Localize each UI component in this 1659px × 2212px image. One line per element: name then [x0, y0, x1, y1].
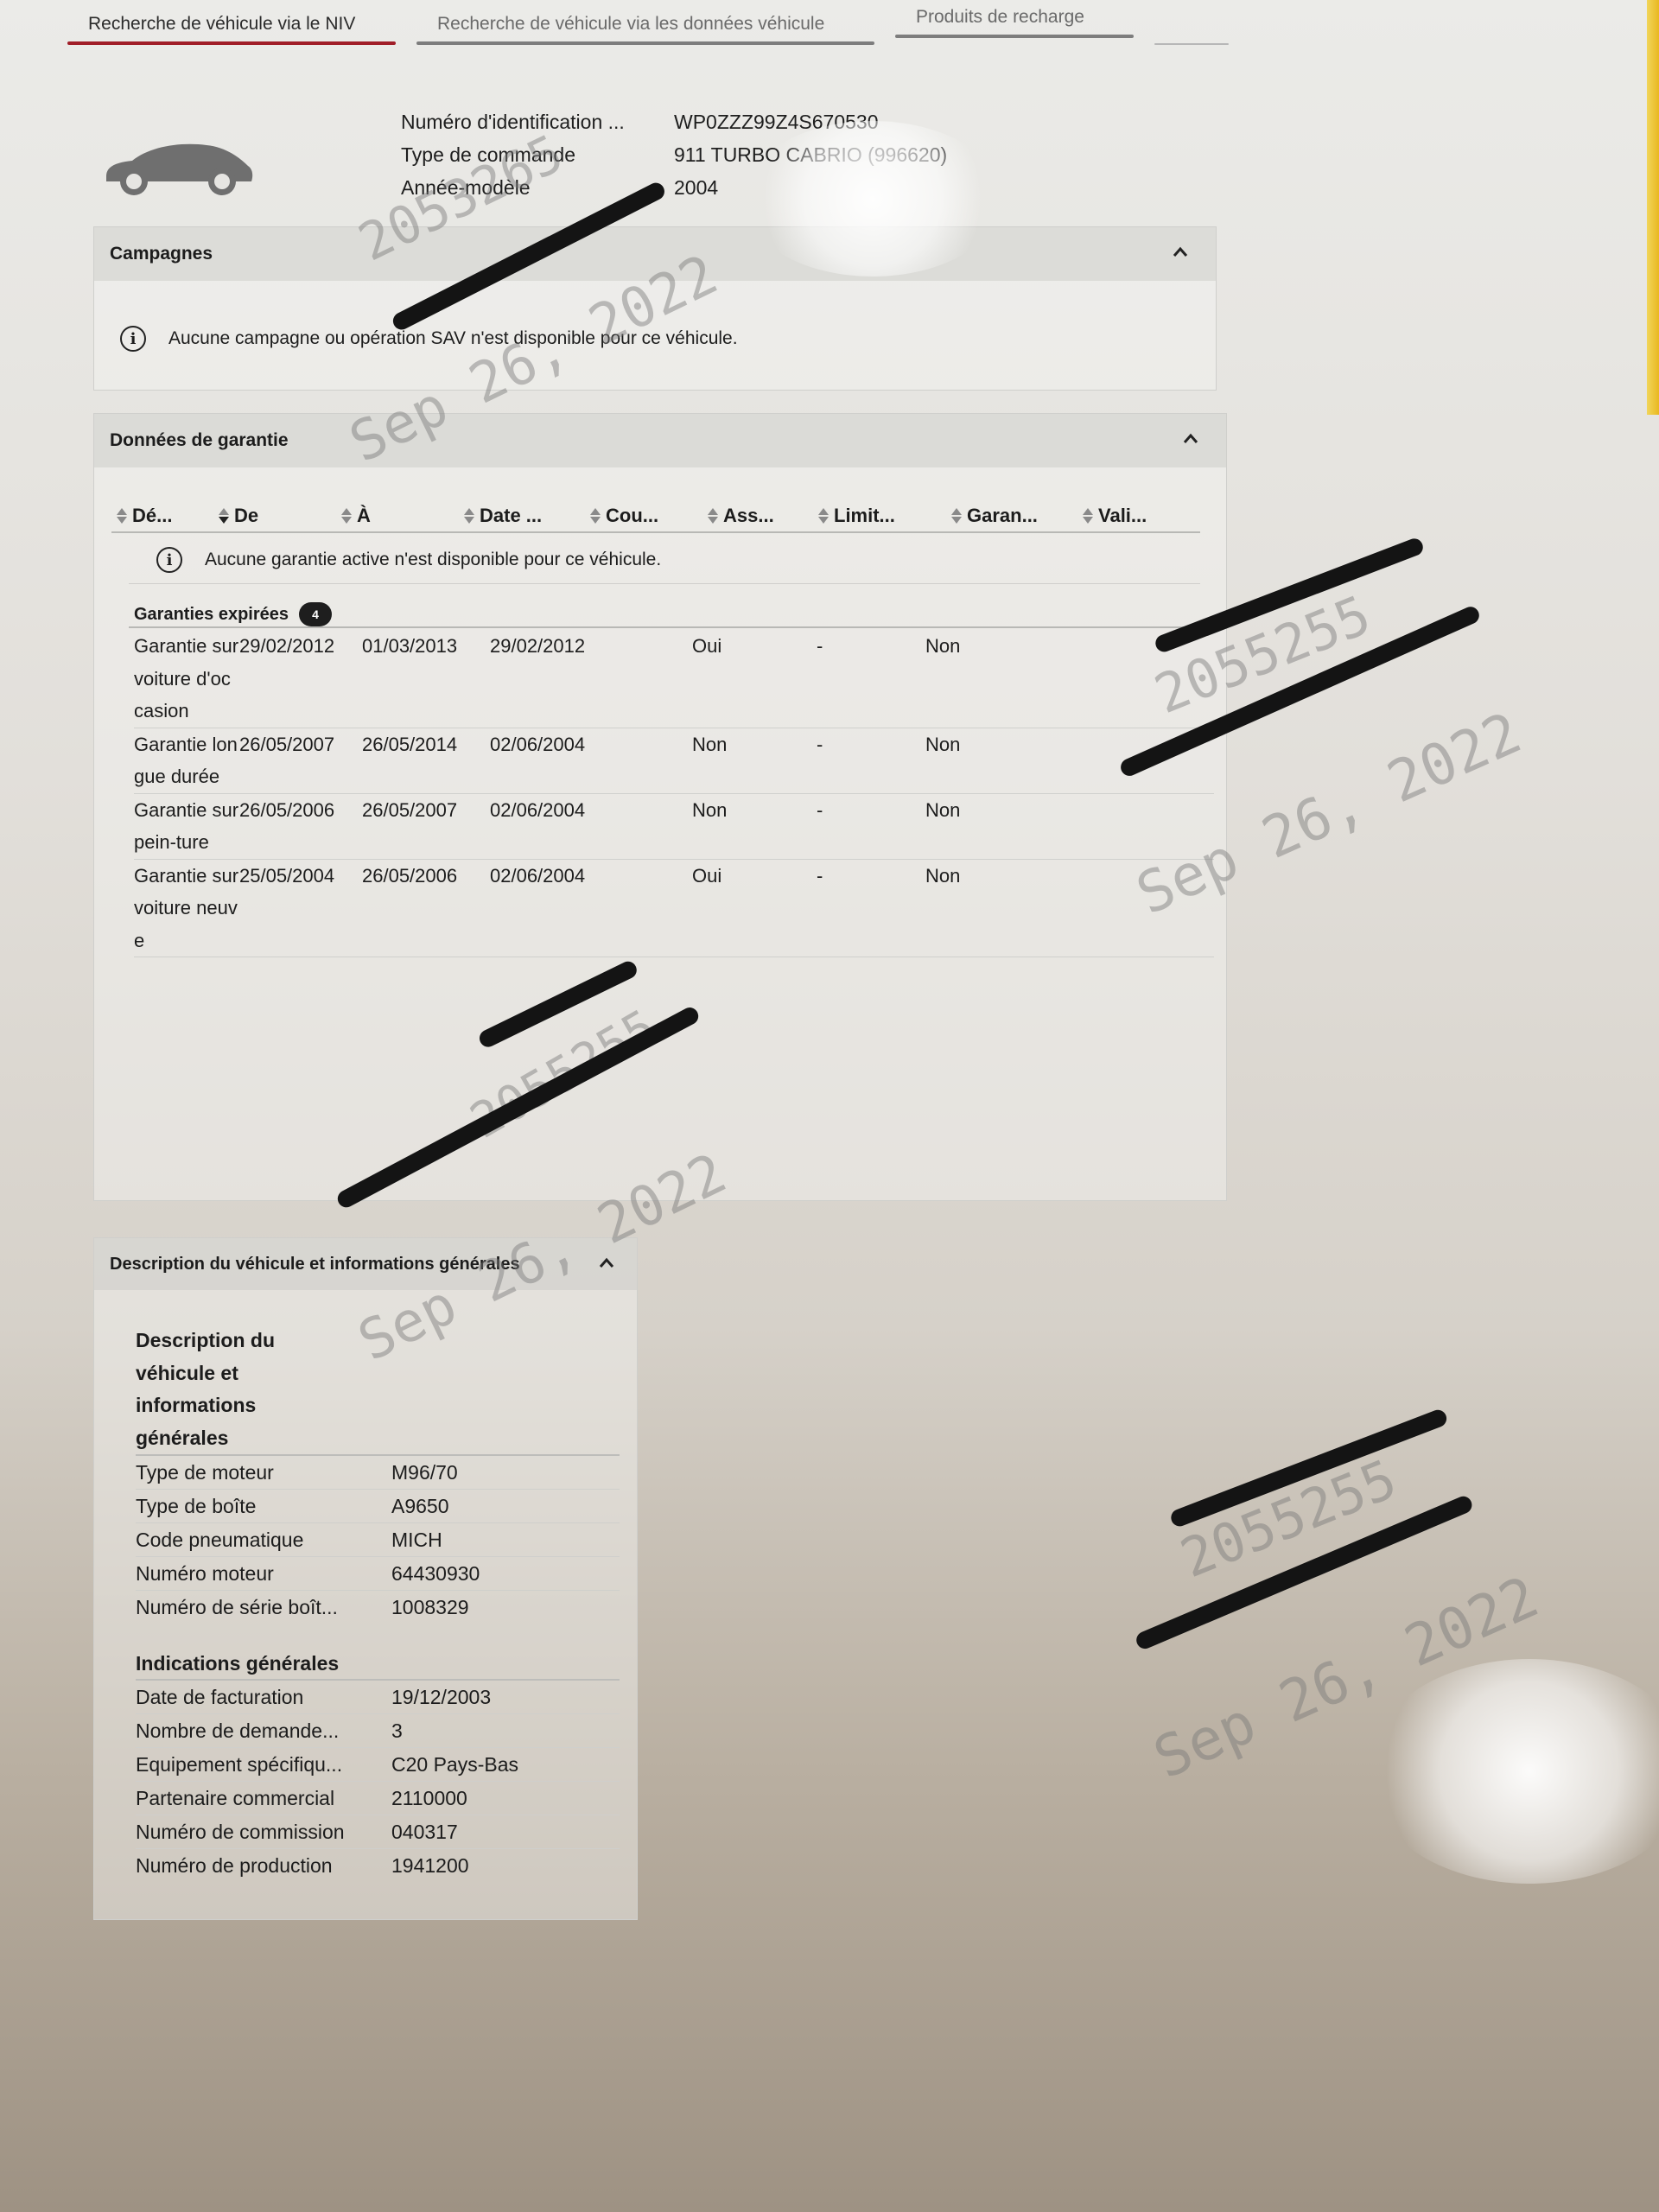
divider	[129, 626, 1200, 628]
column-label: Ass...	[723, 505, 774, 527]
tab-charging-products[interactable]: Produits de recharge	[895, 0, 1134, 38]
description-section-title: Description du véhicule et informations …	[136, 1325, 291, 1454]
cell-cou	[618, 860, 692, 957]
cell-description: Garantie sur voiture neuve	[134, 860, 239, 957]
cell-limit: -	[808, 860, 925, 957]
info-row: Numéro de commission040317	[136, 1815, 620, 1849]
cell-garan: Non	[925, 794, 1055, 859]
column-header-cou[interactable]: Cou...	[590, 500, 708, 531]
cell-date: 02/06/2004	[490, 860, 618, 957]
info-row: Partenaire commercial2110000	[136, 1782, 620, 1815]
info-label: Numéro de commission	[136, 1815, 391, 1848]
sort-desc-icon	[219, 507, 229, 524]
cell-date: 02/06/2004	[490, 728, 618, 793]
sort-icon	[341, 507, 352, 524]
info-value: 3	[391, 1714, 403, 1747]
table-row: Garantie sur voiture neuve25/05/200426/0…	[134, 860, 1214, 958]
info-label: Numéro de série boît...	[136, 1591, 391, 1624]
cell-ass: Non	[692, 728, 808, 793]
info-row: Numéro moteur64430930	[136, 1557, 620, 1591]
info-value: 2110000	[391, 1782, 467, 1815]
no-active-warranty-text: Aucune garantie active n'est disponible …	[205, 550, 661, 570]
warranty-header[interactable]: Données de garantie	[94, 414, 1226, 467]
light-glare	[1365, 1659, 1659, 1884]
cell-from: 26/05/2006	[239, 794, 362, 859]
cell-description: Garantie sur voiture d'occasion	[134, 630, 239, 728]
info-label: Partenaire commercial	[136, 1782, 391, 1815]
column-header-ass[interactable]: Ass...	[708, 500, 818, 531]
info-label: Type de boîte	[136, 1490, 391, 1522]
cell-description: Garantie sur pein-ture	[134, 794, 239, 859]
sort-icon	[464, 507, 474, 524]
cell-from: 26/05/2007	[239, 728, 362, 793]
info-value: C20 Pays-Bas	[391, 1748, 518, 1781]
no-active-warranty-message: i Aucune garantie active n'est disponibl…	[156, 547, 661, 573]
column-label: Vali...	[1098, 505, 1147, 527]
info-value: M96/70	[391, 1456, 458, 1489]
info-label: Nombre de demande...	[136, 1714, 391, 1747]
info-icon: i	[120, 326, 146, 352]
warranty-table-header: Dé... De À Date ... Cou... Ass... Limit.…	[111, 500, 1200, 533]
column-header-vali[interactable]: Vali...	[1083, 500, 1186, 531]
table-row: Garantie sur pein-ture26/05/200626/05/20…	[134, 794, 1214, 860]
cell-ass: Oui	[692, 860, 808, 957]
warranty-panel: Données de garantie Dé... De À Date ... …	[93, 413, 1227, 1201]
column-header-description[interactable]: Dé...	[111, 500, 219, 531]
info-icon: i	[156, 547, 182, 573]
column-label: Dé...	[132, 505, 172, 527]
general-section-title: Indications générales	[136, 1648, 620, 1679]
tab-vehicle-data-search[interactable]: Recherche de véhicule via les données vé…	[416, 0, 874, 45]
column-header-limit[interactable]: Limit...	[818, 500, 951, 531]
cell-date: 02/06/2004	[490, 794, 618, 859]
info-label: Numéro de production	[136, 1849, 391, 1882]
info-row: Date de facturation19/12/2003	[136, 1681, 620, 1714]
tab-overflow[interactable]	[1154, 0, 1229, 45]
table-row: Garantie sur voiture d'occasion29/02/201…	[134, 630, 1214, 728]
model-year-value: 2004	[674, 176, 718, 200]
info-label: Equipement spécifiqu...	[136, 1748, 391, 1781]
info-row: Nombre de demande...3	[136, 1714, 620, 1748]
info-value: A9650	[391, 1490, 449, 1522]
sort-icon	[117, 507, 127, 524]
info-row: Type de boîteA9650	[136, 1490, 620, 1523]
info-label: Type de moteur	[136, 1456, 391, 1489]
cell-limit: -	[808, 728, 925, 793]
info-label: Numéro moteur	[136, 1557, 391, 1590]
info-label: Code pneumatique	[136, 1523, 391, 1556]
sort-icon	[590, 507, 601, 524]
info-row: Numéro de série boît...1008329	[136, 1591, 620, 1624]
cell-garan: Non	[925, 728, 1055, 793]
cell-from: 29/02/2012	[239, 630, 362, 728]
column-header-to[interactable]: À	[341, 500, 464, 531]
tab-vin-search[interactable]: Recherche de véhicule via le NIV	[67, 0, 396, 45]
description-rows: Type de moteurM96/70Type de boîteA9650Co…	[136, 1456, 620, 1624]
column-label: Date ...	[480, 505, 542, 527]
cell-cou	[618, 728, 692, 793]
cell-cou	[618, 630, 692, 728]
info-value: 19/12/2003	[391, 1681, 491, 1713]
info-row: Numéro de production1941200	[136, 1849, 620, 1882]
cell-from: 25/05/2004	[239, 860, 362, 957]
light-glare	[743, 121, 1002, 276]
sort-icon	[1083, 507, 1093, 524]
campaigns-title: Campagnes	[110, 244, 213, 264]
cell-limit: -	[808, 630, 925, 728]
cell-description: Garantie longue durée	[134, 728, 239, 793]
cell-garan: Non	[925, 630, 1055, 728]
cell-date: 29/02/2012	[490, 630, 618, 728]
cell-limit: -	[808, 794, 925, 859]
warranty-title: Données de garantie	[110, 430, 289, 451]
sort-icon	[818, 507, 829, 524]
expired-warranties-heading: Garanties expirées 4	[134, 602, 332, 626]
expired-warranties-table: Garantie sur voiture d'occasion29/02/201…	[134, 630, 1214, 957]
info-value: MICH	[391, 1523, 442, 1556]
column-label: À	[357, 505, 371, 527]
general-rows: Date de facturation19/12/2003Nombre de d…	[136, 1681, 620, 1882]
column-label: De	[234, 505, 258, 527]
column-label: Cou...	[606, 505, 658, 527]
chevron-up-icon[interactable]	[1181, 429, 1200, 448]
info-row: Type de moteurM96/70	[136, 1456, 620, 1490]
column-label: Limit...	[834, 505, 895, 527]
info-value: 64430930	[391, 1557, 480, 1590]
info-value: 1008329	[391, 1591, 469, 1624]
cell-garan: Non	[925, 860, 1055, 957]
vehicle-description-body: Description du véhicule et informations …	[136, 1325, 620, 1882]
cell-to: 01/03/2013	[362, 630, 490, 728]
info-label: Date de facturation	[136, 1681, 391, 1713]
sort-icon	[708, 507, 718, 524]
cell-ass: Non	[692, 794, 808, 859]
tab-bar: Recherche de véhicule via le NIV Recherc…	[67, 0, 1229, 52]
column-header-date[interactable]: Date ...	[464, 500, 590, 531]
info-value: 1941200	[391, 1849, 469, 1882]
sort-icon	[951, 507, 962, 524]
cell-cou	[618, 794, 692, 859]
column-header-garan[interactable]: Garan...	[951, 500, 1083, 531]
info-row: Equipement spécifiqu...C20 Pays-Bas	[136, 1748, 620, 1782]
column-label: Garan...	[967, 505, 1038, 527]
car-icon	[99, 137, 255, 197]
chevron-up-icon[interactable]	[1171, 243, 1190, 262]
info-value: 040317	[391, 1815, 458, 1848]
divider	[129, 583, 1200, 584]
cell-ass: Oui	[692, 630, 808, 728]
page-edge	[1647, 0, 1659, 415]
vin-row: Numéro d'identification ... WP0ZZZ99Z4S6…	[401, 111, 879, 134]
column-header-from[interactable]: De	[219, 500, 341, 531]
cell-to: 26/05/2014	[362, 728, 490, 793]
expired-count-badge: 4	[299, 602, 332, 626]
info-row: Code pneumatiqueMICH	[136, 1523, 620, 1557]
expired-warranties-label: Garanties expirées	[134, 605, 289, 625]
table-row: Garantie longue durée26/05/200726/05/201…	[134, 728, 1214, 794]
cell-to: 26/05/2006	[362, 860, 490, 957]
cell-to: 26/05/2007	[362, 794, 490, 859]
printed-page: Recherche de véhicule via le NIV Recherc…	[0, 0, 1659, 2212]
